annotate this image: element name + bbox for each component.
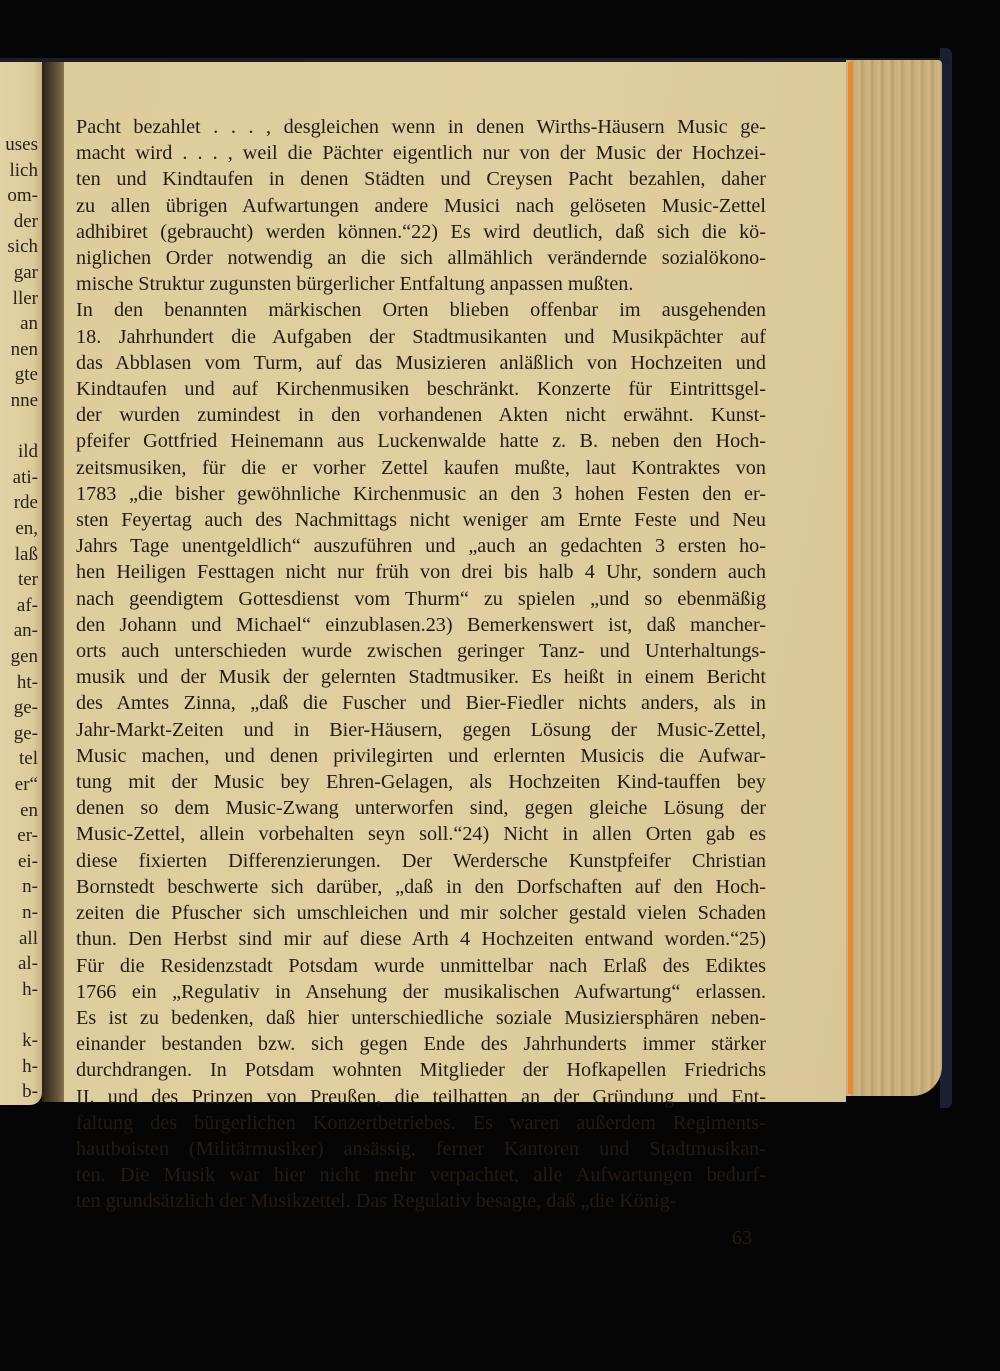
left-page-text-fragment: af- bbox=[17, 595, 38, 617]
text-line: diese fixierten Differenzierungen. Der W… bbox=[76, 848, 766, 874]
text-line: zeitsmusiken, für die er vorher Zettel k… bbox=[76, 455, 766, 481]
left-page-text-fragment: rde bbox=[14, 492, 38, 514]
text-line: der wurden zumindest in den vorhandenen … bbox=[76, 402, 766, 428]
left-page-text-fragment: gen bbox=[11, 646, 38, 668]
left-page-text-fragment: en bbox=[20, 800, 38, 822]
text-line: ten und Kindtaufen in denen Städten und … bbox=[76, 166, 766, 192]
left-page-text-fragment: nen bbox=[11, 339, 38, 361]
text-line: Für die Residenzstadt Potsdam wurde unmi… bbox=[76, 953, 766, 979]
text-line: faltung des bürgerlichen Konzertbetriebe… bbox=[76, 1110, 766, 1136]
body-text: Pacht bezahlet . . . , desgleichen wenn … bbox=[76, 114, 766, 1215]
left-page-text-fragment: er“ bbox=[15, 774, 38, 796]
left-page-text-fragment: all bbox=[19, 928, 38, 950]
text-line: niglichen Order notwendig an die sich al… bbox=[76, 245, 766, 271]
left-page-text-fragment: ter bbox=[18, 569, 38, 591]
text-line: denen so dem Music-Zwang unterworfen sin… bbox=[76, 795, 766, 821]
left-page-text-fragment: n- bbox=[22, 902, 38, 924]
text-line: Bornstedt beschwerte sich darüber, „daß … bbox=[76, 874, 766, 900]
left-page-text-fragment: en, bbox=[15, 518, 38, 540]
text-line: ten grundsätzlich der Musikzettel. Das R… bbox=[76, 1188, 766, 1214]
left-page-text-fragment: gte bbox=[15, 364, 38, 386]
left-page-text-fragment: an- bbox=[14, 620, 38, 642]
text-line: pfeifer Gottfried Heinemann aus Luckenwa… bbox=[76, 428, 766, 454]
text-line: zu allen übrigen Aufwartungen andere Mus… bbox=[76, 193, 766, 219]
text-line: Music-Zettel, allein vorbehalten seyn so… bbox=[76, 821, 766, 847]
text-line: II. und des Prinzen von Preußen, die tei… bbox=[76, 1084, 766, 1110]
text-line: Jahr-Markt-Zeiten und in Bier-Häusern, g… bbox=[76, 717, 766, 743]
text-line: des Amtes Zinna, „daß die Fuscher und Bi… bbox=[76, 690, 766, 716]
text-line: 1766 ein „Regulativ in Ansehung der musi… bbox=[76, 979, 766, 1005]
text-line: 18. Jahrhundert die Aufgaben der Stadtmu… bbox=[76, 324, 766, 350]
left-page-text-fragment: der bbox=[14, 211, 38, 233]
text-line: tung mit der Music bey Ehren-Gelagen, al… bbox=[76, 769, 766, 795]
left-page-text-fragment: er- bbox=[17, 825, 38, 847]
text-line: Es ist zu bedenken, daß hier unterschied… bbox=[76, 1005, 766, 1031]
text-line: nach geendigtem Gottesdienst vom Thurm“ … bbox=[76, 586, 766, 612]
text-line: sten Feyertag auch des Nachmittags nicht… bbox=[76, 507, 766, 533]
text-line: durchdrangen. In Potsdam wohnten Mitglie… bbox=[76, 1057, 766, 1083]
left-page-text-fragment: ei- bbox=[18, 851, 38, 873]
text-line: adhibiret (gebraucht) werden können.“22)… bbox=[76, 219, 766, 245]
left-page-text-fragment: ge- bbox=[14, 723, 38, 745]
orange-page-edge bbox=[848, 62, 853, 1094]
left-page-text-fragment: al- bbox=[18, 953, 38, 975]
text-line: ten. Die Musik war hier nicht mehr verpa… bbox=[76, 1162, 766, 1188]
right-page: Pacht bezahlet . . . , desgleichen wenn … bbox=[64, 62, 846, 1102]
page-number: 63 bbox=[732, 1227, 752, 1250]
left-page-text-fragment: ild bbox=[18, 441, 38, 463]
page-stack-edge bbox=[846, 60, 942, 1096]
text-line: den Johann und Michael“ einzublasen.23) … bbox=[76, 612, 766, 638]
text-line: mische Struktur zugunsten bürgerlicher E… bbox=[76, 271, 766, 297]
left-page-text-fragment: h- bbox=[22, 979, 38, 1001]
text-line: In den benannten märkischen Orten bliebe… bbox=[76, 297, 766, 323]
text-line: orts auch unterschieden wurde zwischen g… bbox=[76, 638, 766, 664]
book-gutter bbox=[42, 62, 64, 1102]
left-page-text-fragment: n- bbox=[22, 876, 38, 898]
text-line: zeiten die Pfuscher sich umschleichen un… bbox=[76, 900, 766, 926]
text-line: hautboisten (Militärmusiker) ansässig, f… bbox=[76, 1136, 766, 1162]
text-line: das Abblasen vom Turm, auf das Musiziere… bbox=[76, 350, 766, 376]
left-page-text-fragment: lich bbox=[10, 160, 39, 182]
left-page-text-fragment: ge- bbox=[14, 697, 38, 719]
text-line: musik und der Musik der gelernten Stadtm… bbox=[76, 664, 766, 690]
left-page-text-fragment: gar bbox=[14, 262, 38, 284]
left-page: useslichom-dersichgarllerannengtenneilda… bbox=[0, 62, 42, 1105]
left-page-text-fragment: k- bbox=[22, 1030, 38, 1052]
text-line: Pacht bezahlet . . . , desgleichen wenn … bbox=[76, 114, 766, 140]
left-page-text-fragment: ati- bbox=[13, 467, 38, 489]
left-page-text-fragment: nne bbox=[11, 390, 38, 412]
left-page-text-fragment: ller bbox=[13, 288, 38, 310]
left-page-text-fragment: ht- bbox=[17, 672, 38, 694]
text-line: thun. Den Herbst sind mir auf diese Arth… bbox=[76, 926, 766, 952]
text-line: Music machen, und denen privilegirten un… bbox=[76, 743, 766, 769]
text-line: Jahrs Tage unentgeldlich“ auszuführen un… bbox=[76, 533, 766, 559]
text-line: Kindtaufen und auf Kirchenmusiken beschr… bbox=[76, 376, 766, 402]
left-page-text-fragment: laß bbox=[15, 544, 38, 566]
left-page-text-fragment: b- bbox=[22, 1081, 38, 1103]
left-page-text-fragment: h- bbox=[22, 1056, 38, 1078]
text-line: 1783 „die bisher gewöhnliche Kirchenmusi… bbox=[76, 481, 766, 507]
left-page-text-fragment: uses bbox=[5, 134, 38, 156]
left-page-text-fragment: sich bbox=[7, 236, 38, 258]
left-page-text-fragment: an bbox=[20, 313, 38, 335]
text-line: einander bestanden bzw. sich gegen Ende … bbox=[76, 1031, 766, 1057]
text-line: macht wird . . . , weil die Pächter eige… bbox=[76, 140, 766, 166]
left-page-text-fragment: om- bbox=[7, 185, 38, 207]
text-line: hen Heiligen Festtagen nicht nur früh vo… bbox=[76, 559, 766, 585]
left-page-text-fragment: tel bbox=[19, 748, 38, 770]
